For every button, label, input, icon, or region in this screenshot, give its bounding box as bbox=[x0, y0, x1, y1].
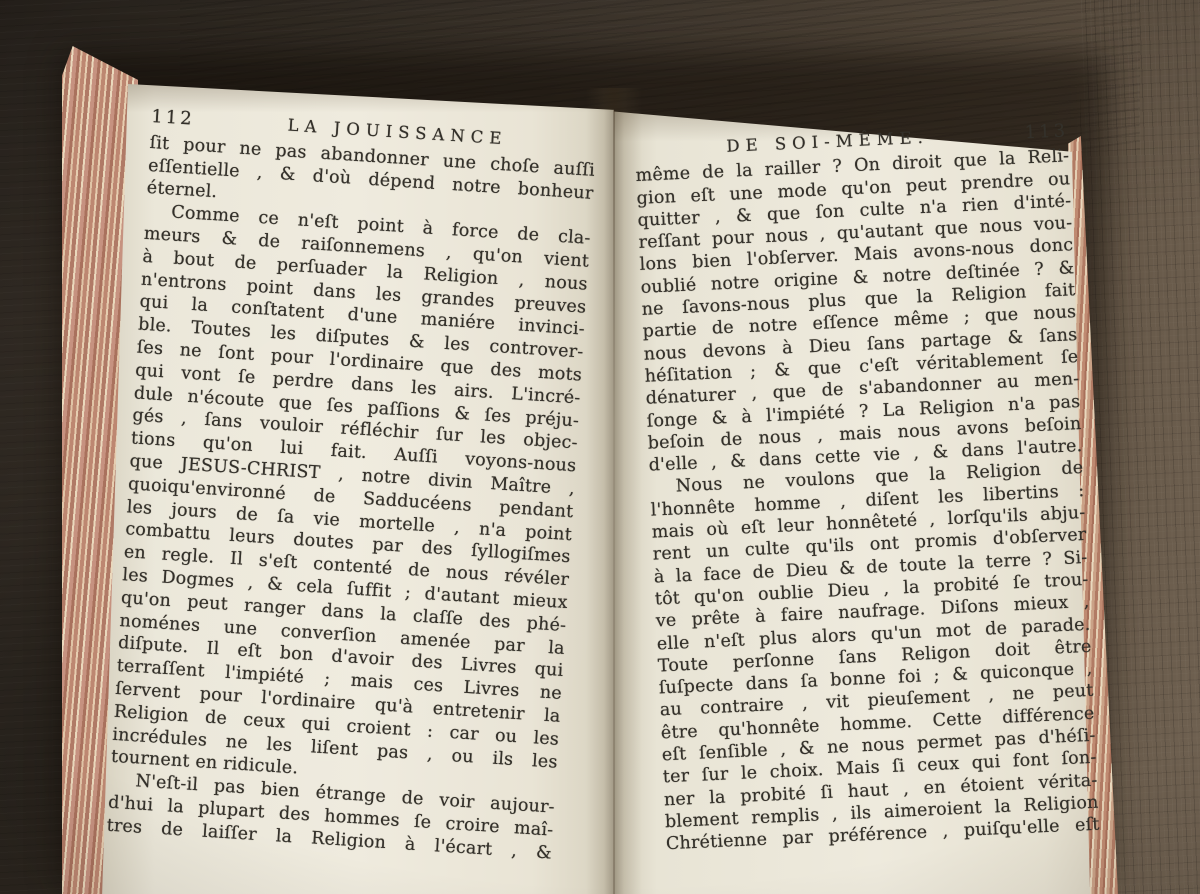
right-page-number: 113 bbox=[1024, 120, 1068, 144]
left-page-number: 112 bbox=[151, 106, 196, 131]
right-page-text: DE SOI-MÊME. 113 même de la railler ? On… bbox=[634, 120, 1100, 855]
left-text-block: ſit pour ne pas abandonner une choſe auſ… bbox=[106, 132, 595, 865]
gutter-crease bbox=[613, 110, 615, 894]
left-page-text: 112 LA JOUISSANCE ſit pour ne pas abando… bbox=[106, 106, 597, 865]
right-text-block: même de la railler ? On diroit que la Re… bbox=[635, 146, 1100, 856]
photo-of-open-book: 112 LA JOUISSANCE ſit pour ne pas abando… bbox=[0, 0, 1200, 894]
